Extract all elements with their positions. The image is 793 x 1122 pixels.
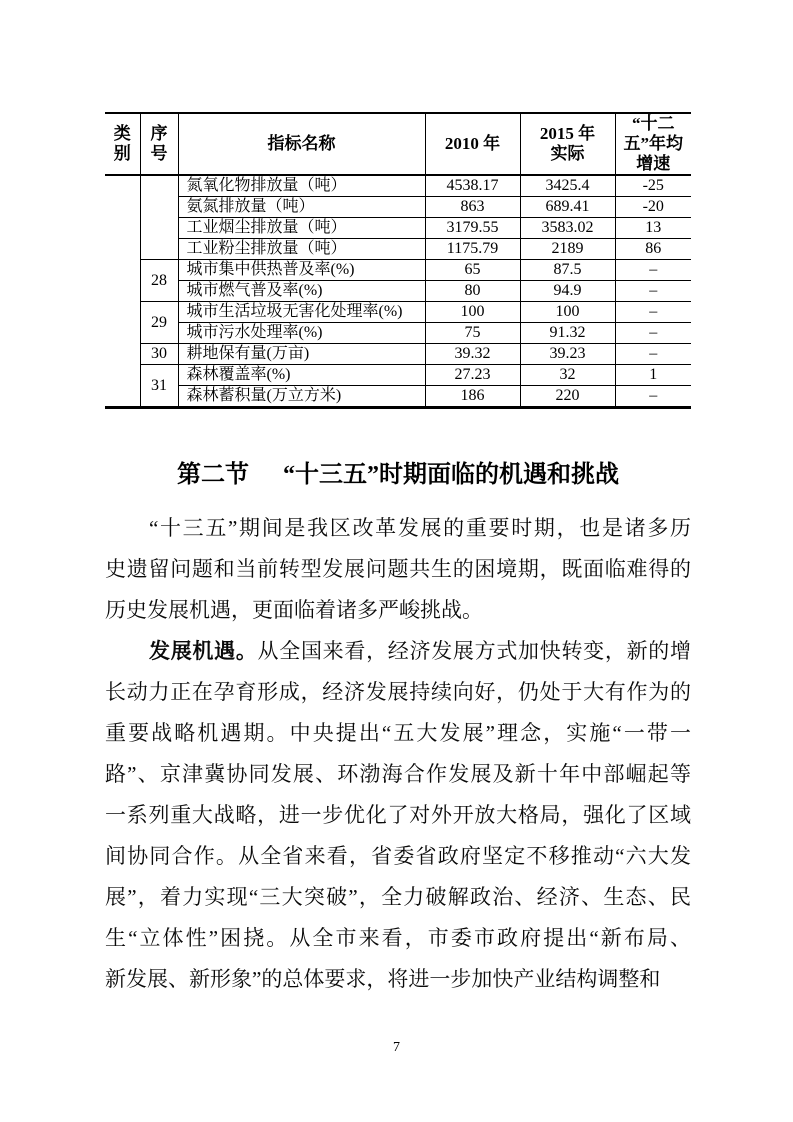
paragraph-line: 一系列重大战略，进一步优化了对外开放大格局，强化了区域	[105, 795, 691, 836]
value-2010-cell: 3179.55	[425, 218, 520, 239]
table-row: 森林蓄积量(万立方米) 186 220 –	[105, 386, 691, 408]
value-2015-cell: 689.41	[520, 197, 615, 218]
paragraph-line: 发展机遇。从全国来看，经济发展方式加快转变，新的增	[105, 631, 691, 672]
indicator-name-cell: 森林蓄积量(万立方米)	[178, 386, 425, 408]
indicator-table: 类 别 序 号 指标名称 2010 年 2015 年 实际 “十二 五”年均 增…	[105, 112, 691, 409]
paragraph-line: 生“立体性”困挠。从全市来看，市委市政府提出“新布局、	[105, 918, 691, 959]
value-2015-cell: 94.9	[520, 281, 615, 302]
value-2010-cell: 863	[425, 197, 520, 218]
value-2010-cell: 75	[425, 323, 520, 344]
paragraph-line: 展”，着力实现“三大突破”，全力破解政治、经济、生态、民	[105, 877, 691, 918]
table-row: 31 森林覆盖率(%) 27.23 32 1	[105, 365, 691, 386]
value-2010-cell: 1175.79	[425, 239, 520, 260]
header-indicator-name: 指标名称	[178, 113, 425, 175]
table-row: 28 城市集中供热普及率(%) 65 87.5 –	[105, 260, 691, 281]
category-cell	[105, 175, 140, 408]
indicator-name-cell: 耕地保有量(万亩)	[178, 344, 425, 365]
header-serial: 序 号	[140, 113, 178, 175]
section-heading: 第二节“十三五”时期面临的机遇和挑战	[105, 460, 691, 490]
table-row: 29 城市生活垃圾无害化处理率(%) 100 100 –	[105, 302, 691, 323]
table-row: 氮氧化物排放量（吨） 4538.17 3425.4 -25	[105, 175, 691, 197]
value-2010-cell: 186	[425, 386, 520, 408]
indicator-name-cell: 工业烟尘排放量（吨）	[178, 218, 425, 239]
table-row: 工业烟尘排放量（吨） 3179.55 3583.02 13	[105, 218, 691, 239]
paragraph-line: 路”、京津冀协同发展、环渤海合作发展及新十年中部崛起等	[105, 754, 691, 795]
serial-cell: 31	[140, 365, 178, 408]
value-2010-cell: 100	[425, 302, 520, 323]
section-number: 第二节	[177, 462, 249, 488]
body-text: “十三五”期间是我区改革发展的重要时期，也是诸多历 史遗留问题和当前转型发展问题…	[105, 508, 691, 1000]
value-2015-cell: 220	[520, 386, 615, 408]
value-2010-cell: 80	[425, 281, 520, 302]
serial-cell: 30	[140, 344, 178, 365]
growth-cell: –	[615, 386, 691, 408]
value-2010-cell: 27.23	[425, 365, 520, 386]
value-2010-cell: 4538.17	[425, 175, 520, 197]
indicator-name-cell: 氮氧化物排放量（吨）	[178, 175, 425, 197]
paragraph-line: 间协同合作。从全省来看，省委省政府坚定不移推动“六大发	[105, 836, 691, 877]
header-growth: “十二 五”年均 增速	[615, 113, 691, 175]
value-2015-cell: 2189	[520, 239, 615, 260]
table-row: 工业粉尘排放量（吨） 1175.79 2189 86	[105, 239, 691, 260]
table-row: 30 耕地保有量(万亩) 39.32 39.23 –	[105, 344, 691, 365]
value-2015-cell: 3583.02	[520, 218, 615, 239]
paragraph-line: 史遗留问题和当前转型发展问题共生的困境期，既面临难得的	[105, 549, 691, 590]
indicator-name-cell: 森林覆盖率(%)	[178, 365, 425, 386]
indicator-name-cell: 城市燃气普及率(%)	[178, 281, 425, 302]
indicator-name-cell: 城市集中供热普及率(%)	[178, 260, 425, 281]
indicator-name-cell: 工业粉尘排放量（吨）	[178, 239, 425, 260]
value-2015-cell: 32	[520, 365, 615, 386]
paragraph-line-text: 从全国来看，经济发展方式加快转变，新的增	[258, 639, 691, 663]
section-title: “十三五”时期面临的机遇和挑战	[283, 462, 619, 488]
growth-cell: 86	[615, 239, 691, 260]
value-2015-cell: 91.32	[520, 323, 615, 344]
header-year-2010: 2010 年	[425, 113, 520, 175]
value-2010-cell: 65	[425, 260, 520, 281]
value-2015-cell: 39.23	[520, 344, 615, 365]
indicator-name-cell: 氨氮排放量（吨）	[178, 197, 425, 218]
value-2015-cell: 87.5	[520, 260, 615, 281]
indicator-name-cell: 城市污水处理率(%)	[178, 323, 425, 344]
growth-cell: –	[615, 302, 691, 323]
serial-cell: 29	[140, 302, 178, 344]
page-number: 7	[0, 1040, 793, 1056]
growth-cell: -25	[615, 175, 691, 197]
table-row: 城市燃气普及率(%) 80 94.9 –	[105, 281, 691, 302]
indicator-name-cell: 城市生活垃圾无害化处理率(%)	[178, 302, 425, 323]
paragraph-line: 重要战略机遇期。中央提出“五大发展”理念，实施“一带一	[105, 713, 691, 754]
table-header-row: 类 别 序 号 指标名称 2010 年 2015 年 实际 “十二 五”年均 增…	[105, 113, 691, 175]
growth-cell: 1	[615, 365, 691, 386]
header-category: 类 别	[105, 113, 140, 175]
table-row: 氨氮排放量（吨） 863 689.41 -20	[105, 197, 691, 218]
paragraph-line: “十三五”期间是我区改革发展的重要时期，也是诸多历	[105, 508, 691, 549]
growth-cell: –	[615, 323, 691, 344]
growth-cell: –	[615, 344, 691, 365]
value-2010-cell: 39.32	[425, 344, 520, 365]
growth-cell: –	[615, 260, 691, 281]
value-2015-cell: 3425.4	[520, 175, 615, 197]
serial-cell: 28	[140, 260, 178, 302]
document-page: 类 别 序 号 指标名称 2010 年 2015 年 实际 “十二 五”年均 增…	[0, 0, 793, 1122]
paragraph-line: 新发展、新形象”的总体要求，将进一步加快产业结构调整和	[105, 959, 691, 1000]
header-year-2015: 2015 年 实际	[520, 113, 615, 175]
growth-cell: -20	[615, 197, 691, 218]
growth-cell: 13	[615, 218, 691, 239]
serial-cell-empty	[140, 175, 178, 260]
value-2015-cell: 100	[520, 302, 615, 323]
paragraph-line: 历史发展机遇，更面临着诸多严峻挑战。	[105, 590, 691, 631]
paragraph-lead: 发展机遇。	[149, 639, 258, 663]
paragraph-line: 长动力正在孕育形成，经济发展持续向好，仍处于大有作为的	[105, 672, 691, 713]
growth-cell: –	[615, 281, 691, 302]
table-row: 城市污水处理率(%) 75 91.32 –	[105, 323, 691, 344]
